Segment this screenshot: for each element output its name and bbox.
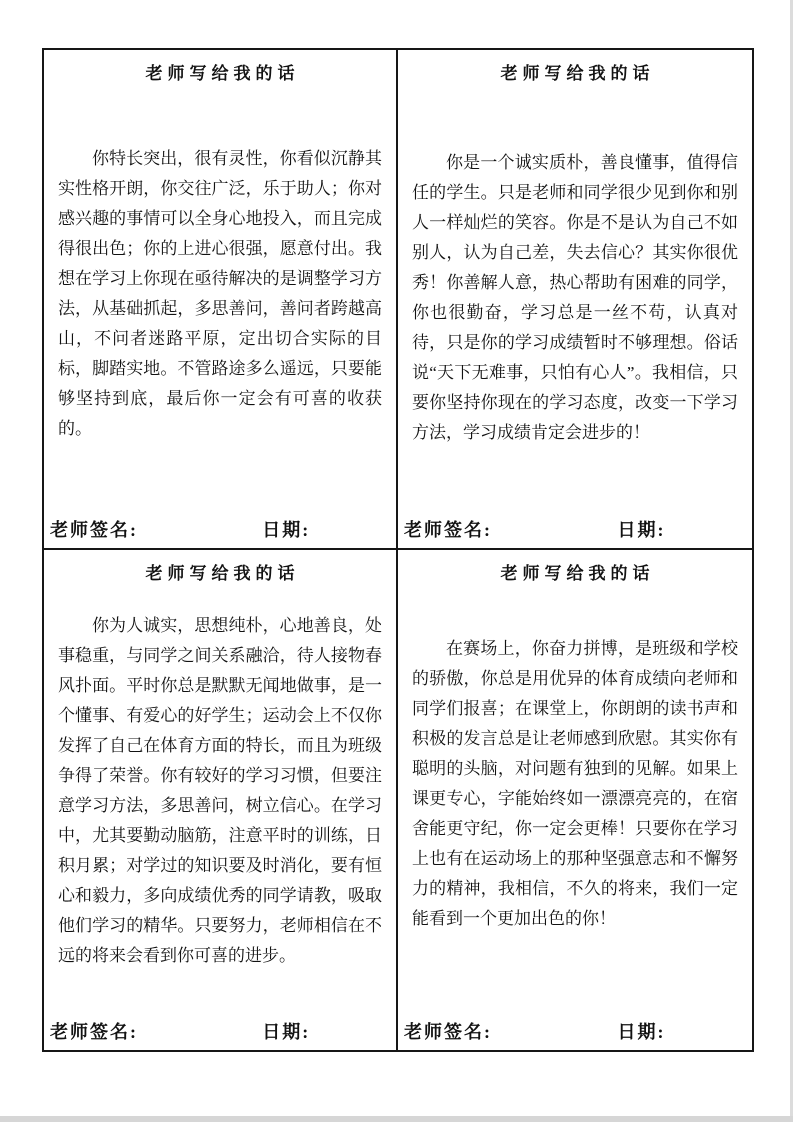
card-footer: 老师签名: 日期: — [44, 1019, 396, 1045]
date-label: 日期: — [617, 1019, 665, 1045]
comment-card-top-left: 老师写给我的话 你特长突出，很有灵性，你看似沉静其实性格开朗，你交往广泛，乐于助… — [44, 50, 398, 550]
card-title: 老师写给我的话 — [398, 562, 752, 586]
teacher-comments-sheet: 老师写给我的话 你特长突出，很有灵性，你看似沉静其实性格开朗，你交往广泛，乐于助… — [42, 48, 754, 1052]
date-label: 日期: — [262, 517, 310, 543]
teacher-comment-text: 你是一个诚实质朴，善良懂事，值得信任的学生。只是老师和同学很少见到你和别人一样灿… — [398, 148, 752, 448]
teacher-comment-text: 你为人诚实，思想纯朴，心地善良，处事稳重，与同学之间关系融洽，待人接物春风扑面。… — [44, 611, 396, 971]
card-footer: 老师签名: 日期: — [44, 517, 396, 543]
date-label: 日期: — [262, 1019, 310, 1045]
card-title: 老师写给我的话 — [44, 62, 396, 86]
teacher-signature-label: 老师签名: — [404, 1019, 492, 1045]
comment-card-top-right: 老师写给我的话 你是一个诚实质朴，善良懂事，值得信任的学生。只是老师和同学很少见… — [398, 50, 752, 550]
comment-card-bottom-right: 老师写给我的话 在赛场上，你奋力拼博，是班级和学校的骄傲，你总是用优异的体育成绩… — [398, 550, 752, 1050]
teacher-comment-text: 你特长突出，很有灵性，你看似沉静其实性格开朗，你交往广泛，乐于助人；你对感兴趣的… — [44, 144, 396, 444]
scan-edge-bottom — [0, 1116, 793, 1122]
date-label: 日期: — [617, 517, 665, 543]
teacher-signature-label: 老师签名: — [404, 517, 492, 543]
teacher-signature-label: 老师签名: — [50, 517, 138, 543]
card-footer: 老师签名: 日期: — [398, 517, 752, 543]
teacher-signature-label: 老师签名: — [50, 1019, 138, 1045]
card-footer: 老师签名: 日期: — [398, 1019, 752, 1045]
card-title: 老师写给我的话 — [44, 562, 396, 586]
card-title: 老师写给我的话 — [398, 62, 752, 86]
comment-card-bottom-left: 老师写给我的话 你为人诚实，思想纯朴，心地善良，处事稳重，与同学之间关系融洽，待… — [44, 550, 398, 1050]
teacher-comment-text: 在赛场上，你奋力拼博，是班级和学校的骄傲，你总是用优异的体育成绩向老师和同学们报… — [398, 634, 752, 934]
